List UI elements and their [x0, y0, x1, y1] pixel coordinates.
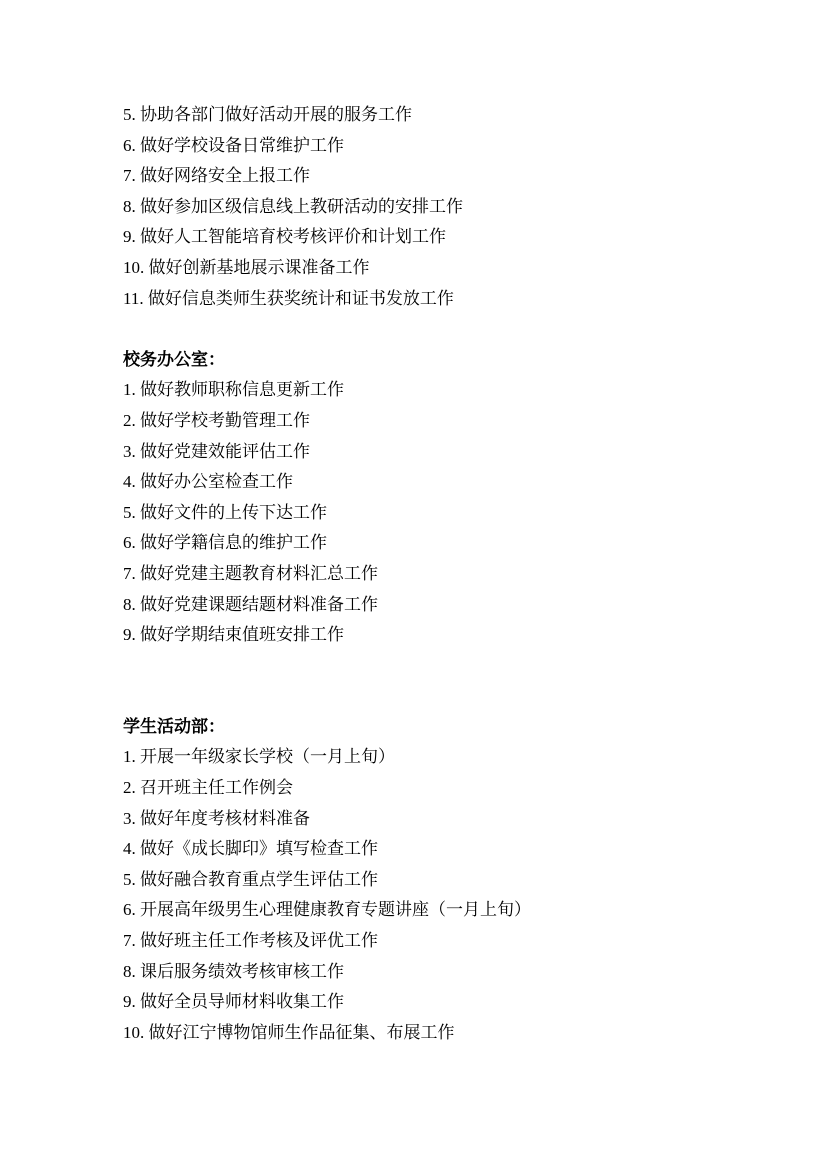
list-item: 4. 做好办公室检查工作	[123, 467, 747, 498]
list-item: 6. 开展高年级男生心理健康教育专题讲座（一月上旬）	[123, 895, 747, 926]
list-item: 3. 做好党建效能评估工作	[123, 437, 747, 468]
list-item: 4. 做好《成长脚印》填写检查工作	[123, 834, 747, 865]
list-item: 7. 做好网络安全上报工作	[123, 161, 747, 192]
list-item: 1. 开展一年级家长学校（一月上旬）	[123, 742, 747, 773]
list-item: 9. 做好人工智能培育校考核评价和计划工作	[123, 222, 747, 253]
list-item: 2. 做好学校考勤管理工作	[123, 406, 747, 437]
list-item: 5. 协助各部门做好活动开展的服务工作	[123, 100, 747, 131]
list-item: 9. 做好全员导师材料收集工作	[123, 987, 747, 1018]
list-item: 10. 做好江宁博物馆师生作品征集、布展工作	[123, 1018, 747, 1049]
section: 学生活动部：1. 开展一年级家长学校（一月上旬）2. 召开班主任工作例会3. 做…	[123, 712, 747, 1049]
list-item: 10. 做好创新基地展示课准备工作	[123, 253, 747, 284]
list-item: 1. 做好教师职称信息更新工作	[123, 375, 747, 406]
list-item: 7. 做好班主任工作考核及评优工作	[123, 926, 747, 957]
list-item: 6. 做好学籍信息的维护工作	[123, 528, 747, 559]
list-item: 2. 召开班主任工作例会	[123, 773, 747, 804]
list-item: 9. 做好学期结束值班安排工作	[123, 620, 747, 651]
section-heading: 校务办公室：	[123, 345, 747, 376]
list-item: 5. 做好融合教育重点学生评估工作	[123, 865, 747, 896]
document-content: 5. 协助各部门做好活动开展的服务工作6. 做好学校设备日常维护工作7. 做好网…	[123, 100, 747, 1048]
section: 5. 协助各部门做好活动开展的服务工作6. 做好学校设备日常维护工作7. 做好网…	[123, 100, 747, 314]
list-item: 7. 做好党建主题教育材料汇总工作	[123, 559, 747, 590]
list-item: 5. 做好文件的上传下达工作	[123, 498, 747, 529]
section: 校务办公室：1. 做好教师职称信息更新工作2. 做好学校考勤管理工作3. 做好党…	[123, 345, 747, 651]
list-item: 11. 做好信息类师生获奖统计和证书发放工作	[123, 284, 747, 315]
list-item: 6. 做好学校设备日常维护工作	[123, 131, 747, 162]
list-item: 8. 做好党建课题结题材料准备工作	[123, 590, 747, 621]
list-item: 3. 做好年度考核材料准备	[123, 804, 747, 835]
list-item: 8. 课后服务绩效考核审核工作	[123, 957, 747, 988]
section-heading: 学生活动部：	[123, 712, 747, 743]
document-page: 5. 协助各部门做好活动开展的服务工作6. 做好学校设备日常维护工作7. 做好网…	[0, 0, 827, 1170]
list-item: 8. 做好参加区级信息线上教研活动的安排工作	[123, 192, 747, 223]
